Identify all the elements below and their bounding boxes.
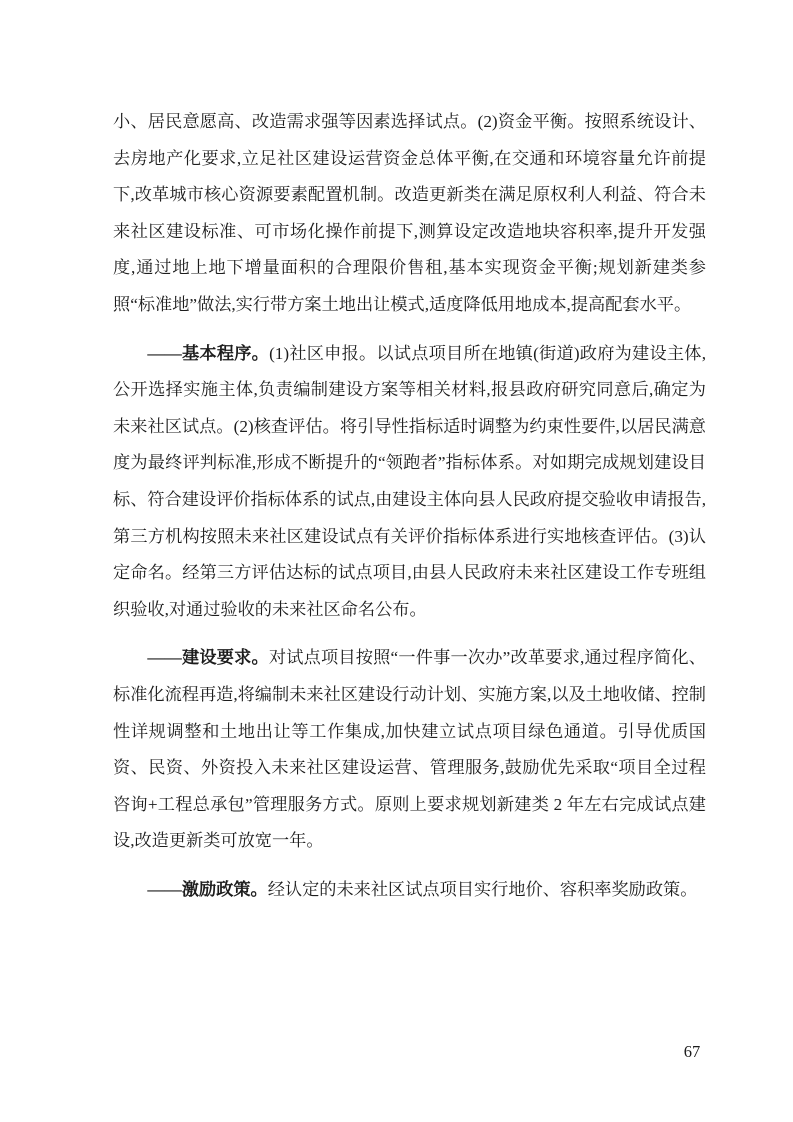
paragraph-lead: ——建设要求。 bbox=[147, 648, 268, 667]
paragraph: ——激励政策。经认定的未来社区试点项目实行地价、容积率奖励政策。 bbox=[113, 872, 706, 909]
paragraph-text: 经认定的未来社区试点项目实行地价、容积率奖励政策。 bbox=[268, 880, 698, 899]
paragraph-text: 小、居民意愿高、改造需求强等因素选择试点。(2)资金平衡。按照系统设计、去房地产… bbox=[113, 112, 706, 314]
paragraph-lead: ——基本程序。 bbox=[147, 344, 269, 363]
page-number: 67 bbox=[662, 1040, 722, 1064]
document-page: 小、居民意愿高、改造需求强等因素选择试点。(2)资金平衡。按照系统设计、去房地产… bbox=[0, 0, 793, 1122]
paragraph-lead: ——激励政策。 bbox=[147, 880, 267, 899]
paragraph-text: 对试点项目按照“一件事一次办”改革要求,通过程序简化、标准化流程再造,将编制未来… bbox=[113, 648, 706, 850]
text-block: 小、居民意愿高、改造需求强等因素选择试点。(2)资金平衡。按照系统设计、去房地产… bbox=[113, 104, 706, 908]
paragraph-text: (1)社区申报。以试点项目所在地镇(街道)政府为建设主体,公开选择实施主体,负责… bbox=[113, 344, 706, 619]
paragraph: ——基本程序。(1)社区申报。以试点项目所在地镇(街道)政府为建设主体,公开选择… bbox=[113, 336, 706, 629]
paragraph: 小、居民意愿高、改造需求强等因素选择试点。(2)资金平衡。按照系统设计、去房地产… bbox=[113, 104, 706, 324]
paragraph: ——建设要求。对试点项目按照“一件事一次办”改革要求,通过程序简化、标准化流程再… bbox=[113, 640, 706, 860]
